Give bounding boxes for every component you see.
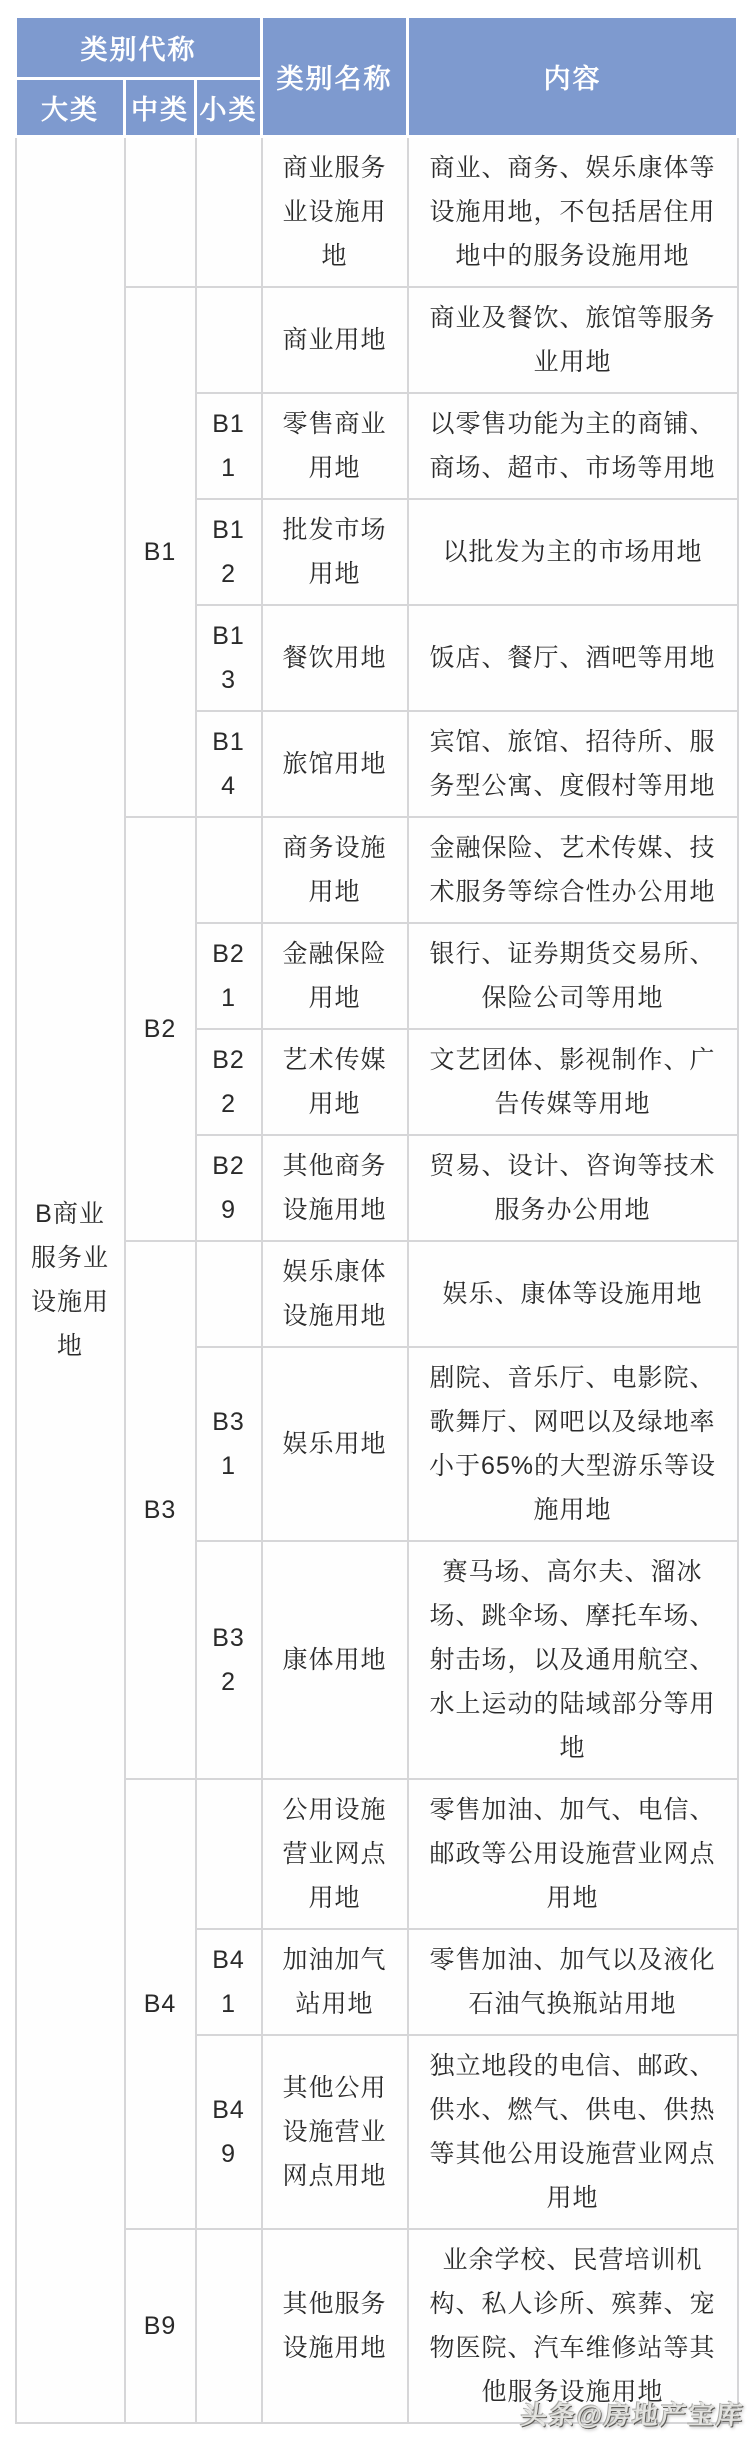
cell-mid-code-B9: B9: [125, 2229, 196, 2423]
table-body: B商业服务业设施用地 商业服务业设施用地 商业、商务、娱乐康体等设施用地，不包括…: [16, 137, 738, 2424]
cell-mid-code-B1: B1: [125, 287, 196, 817]
cell-sub-code-B14: B14: [196, 711, 262, 817]
cell-sub-code-empty: [196, 817, 262, 923]
cell-content: 以零售功能为主的商铺、商场、超市、市场等用地: [408, 393, 738, 499]
cell-sub-code-B13: B13: [196, 605, 262, 711]
cell-name: 其他商务设施用地: [262, 1135, 408, 1241]
cell-sub-code-B22: B22: [196, 1029, 262, 1135]
cell-content: 金融保险、艺术传媒、技术服务等综合性办公用地: [408, 817, 738, 923]
cell-sub-code-B31: B31: [196, 1347, 262, 1541]
cell-content: 剧院、音乐厅、电影院、歌舞厅、网吧以及绿地率小于65%的大型游乐等设施用地: [408, 1347, 738, 1541]
header-category-code: 类别代称: [16, 17, 262, 79]
table-row: B3 娱乐康体设施用地 娱乐、康体等设施用地: [16, 1241, 738, 1347]
cell-sub-code-B41: B41: [196, 1929, 262, 2035]
cell-sub-code-empty: [196, 1779, 262, 1929]
cell-mid-code-empty: [125, 137, 196, 288]
cell-content: 独立地段的电信、邮政、供水、燃气、供电、供热等其他公用设施营业网点用地: [408, 2035, 738, 2229]
cell-name: 商务设施用地: [262, 817, 408, 923]
header-mid-class: 中类: [125, 79, 196, 137]
cell-major-class-B: B商业服务业设施用地: [16, 137, 125, 2424]
table-row: B商业服务业设施用地 商业服务业设施用地 商业、商务、娱乐康体等设施用地，不包括…: [16, 137, 738, 288]
cell-content: 银行、证券期货交易所、保险公司等用地: [408, 923, 738, 1029]
cell-name: 加油加气站用地: [262, 1929, 408, 2035]
cell-name: 零售商业用地: [262, 393, 408, 499]
cell-content: 业余学校、民营培训机构、私人诊所、殡葬、宠物医院、汽车维修站等其他服务设施用地: [408, 2229, 738, 2423]
cell-content: 文艺团体、影视制作、广告传媒等用地: [408, 1029, 738, 1135]
cell-name: 娱乐用地: [262, 1347, 408, 1541]
cell-content: 饭店、餐厅、酒吧等用地: [408, 605, 738, 711]
cell-name: 其他公用设施营业网点用地: [262, 2035, 408, 2229]
cell-sub-code-B29: B29: [196, 1135, 262, 1241]
cell-mid-code-B3: B3: [125, 1241, 196, 1779]
cell-sub-code-B49: B49: [196, 2035, 262, 2229]
cell-name: 商业用地: [262, 287, 408, 393]
table-row: B9 其他服务设施用地 业余学校、民营培训机构、私人诊所、殡葬、宠物医院、汽车维…: [16, 2229, 738, 2423]
header-content: 内容: [408, 17, 738, 137]
cell-content: 商业及餐饮、旅馆等服务业用地: [408, 287, 738, 393]
cell-name: 艺术传媒用地: [262, 1029, 408, 1135]
cell-sub-code-empty: [196, 137, 262, 288]
land-use-classification-table: 类别代称 类别名称 内容 大类 中类 小类 B商业服务业设施用地 商业服务业设施…: [14, 15, 739, 2424]
header-row-1: 类别代称 类别名称 内容: [16, 17, 738, 79]
article-page: 类别代称 类别名称 内容 大类 中类 小类 B商业服务业设施用地 商业服务业设施…: [0, 0, 750, 2444]
cell-content: 娱乐、康体等设施用地: [408, 1241, 738, 1347]
watermark: 头条@房地产宝库: [519, 2395, 746, 2432]
cell-sub-code-empty: [196, 1241, 262, 1347]
cell-name: 其他服务设施用地: [262, 2229, 408, 2423]
cell-content: 零售加油、加气以及液化石油气换瓶站用地: [408, 1929, 738, 2035]
cell-sub-code-B12: B12: [196, 499, 262, 605]
cell-name: 餐饮用地: [262, 605, 408, 711]
cell-content: 贸易、设计、咨询等技术服务办公用地: [408, 1135, 738, 1241]
cell-name: 批发市场用地: [262, 499, 408, 605]
cell-name: 娱乐康体设施用地: [262, 1241, 408, 1347]
header-sub-class: 小类: [196, 79, 262, 137]
cell-name: 金融保险用地: [262, 923, 408, 1029]
cell-name: 旅馆用地: [262, 711, 408, 817]
cell-content: 宾馆、旅馆、招待所、服务型公寓、度假村等用地: [408, 711, 738, 817]
cell-mid-code-B4: B4: [125, 1779, 196, 2229]
cell-sub-code-B11: B11: [196, 393, 262, 499]
cell-content: 商业、商务、娱乐康体等设施用地，不包括居住用地中的服务设施用地: [408, 137, 738, 288]
table-row: B2 商务设施用地 金融保险、艺术传媒、技术服务等综合性办公用地: [16, 817, 738, 923]
cell-sub-code-B32: B32: [196, 1541, 262, 1779]
cell-name: 康体用地: [262, 1541, 408, 1779]
cell-mid-code-B2: B2: [125, 817, 196, 1241]
cell-content: 以批发为主的市场用地: [408, 499, 738, 605]
cell-sub-code-B21: B21: [196, 923, 262, 1029]
cell-content: 零售加油、加气、电信、邮政等公用设施营业网点用地: [408, 1779, 738, 1929]
table-row: B4 公用设施营业网点用地 零售加油、加气、电信、邮政等公用设施营业网点用地: [16, 1779, 738, 1929]
cell-name: 公用设施营业网点用地: [262, 1779, 408, 1929]
cell-sub-code-empty: [196, 287, 262, 393]
cell-name: 商业服务业设施用地: [262, 137, 408, 288]
header-category-name: 类别名称: [262, 17, 408, 137]
header-major-class: 大类: [16, 79, 125, 137]
cell-content: 赛马场、高尔夫、溜冰场、跳伞场、摩托车场、射击场，以及通用航空、水上运动的陆域部…: [408, 1541, 738, 1779]
table-row: B1 商业用地 商业及餐饮、旅馆等服务业用地: [16, 287, 738, 393]
table-header: 类别代称 类别名称 内容 大类 中类 小类: [16, 17, 738, 137]
cell-sub-code-empty: [196, 2229, 262, 2423]
